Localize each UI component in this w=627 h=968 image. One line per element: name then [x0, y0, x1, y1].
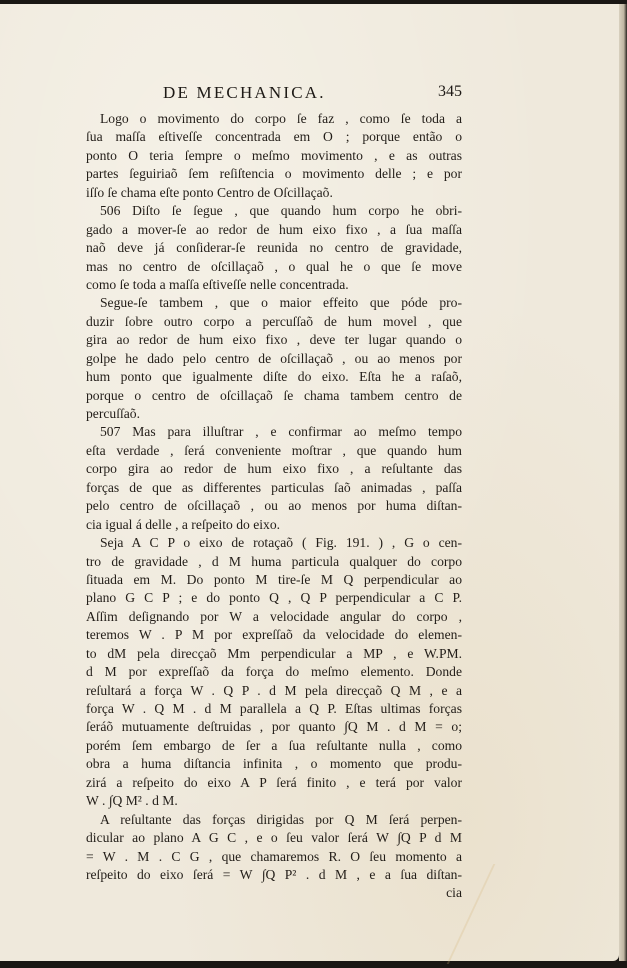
text-line: Seja A C P o eixo de rotaçaõ ( Fig. 191.…: [86, 534, 462, 552]
text-line: golpe he dado pelo centro de oſcillaçaõ …: [86, 350, 462, 368]
text-line: A reſultante das forças dirigidas por Q …: [86, 811, 462, 829]
text-line: pelo centro de oſcillaçaõ , ou ao menos …: [86, 497, 462, 515]
text-line: reſultará a força W . Q P . d M pela dir…: [86, 682, 462, 700]
text-line: ſeráõ mutuamente deſtruidas , por quanto…: [86, 718, 462, 736]
text-line: 507 Mas para illuſtrar , e confirmar ao …: [86, 423, 462, 441]
text-line: cia igual á delle , a reſpeito do eixo.: [86, 516, 462, 534]
text-line: plano G C P ; e do ponto Q , Q P perpend…: [86, 589, 462, 607]
text-line: d M por expreſſaõ da força do meſmo elem…: [86, 663, 462, 681]
text-line: porém ſem embargo de ſer a ſua reſultant…: [86, 737, 462, 755]
text-line: Aſſim deſignando por W a velocidade angu…: [86, 608, 462, 626]
text-line: Segue-ſe tambem , que o maior effeito qu…: [86, 294, 462, 312]
text-line: W . ∫Q M² . d M.: [86, 792, 462, 810]
text-line: cia: [86, 884, 462, 902]
text-line: ſua maſſa eſtiveſſe concentrada em O ; p…: [86, 128, 462, 146]
text-line: dicular ao plano A G C , e o ſeu valor ſ…: [86, 829, 462, 847]
text-line: to dM pela direcçaõ Mm perpendicular a M…: [86, 645, 462, 663]
text-line: partes ſeguiriaõ ſem reſiſtencia o movim…: [86, 165, 462, 183]
text-line: = W . M . C G , que chamaremos R. O ſeu …: [86, 848, 462, 866]
text-line: mas no centro de oſcillaçaõ , o qual he …: [86, 258, 462, 276]
text-line: Logo o movimento do corpo ſe faz , como …: [86, 110, 462, 128]
text-line: corpo gira ao redor de hum eixo fixo , a…: [86, 460, 462, 478]
paper-stain: [447, 864, 606, 964]
text-line: tro de gravidade , d M huma particula qu…: [86, 553, 462, 571]
text-line: ſituada em M. Do ponto M tire-ſe M Q per…: [86, 571, 462, 589]
page-header: DE MECHANICA. 345: [86, 83, 462, 105]
text-line: percuſſaõ.: [86, 405, 462, 423]
text-line: 506 Diſto ſe ſegue , que quando hum corp…: [86, 202, 462, 220]
text-line: como ſe toda a maſſa eſtiveſſe nelle con…: [86, 276, 462, 294]
text-line: eſta verdade , ſerá conveniente moſtrar …: [86, 442, 462, 460]
text-line: porque o centro de oſcillaçaõ ſe chama t…: [86, 387, 462, 405]
text-line: obra a huma diſtancia infinita , o momen…: [86, 755, 462, 773]
text-line: ponto O teria ſempre o meſmo movimento ,…: [86, 147, 462, 165]
text-line: hum ponto que igualmente diſte do eixo. …: [86, 368, 462, 386]
text-line: duzir ſobre outro corpo a percuſſaõ de h…: [86, 313, 462, 331]
text-line: iſſo ſe chama eſte ponto Centro de Oſcil…: [86, 184, 462, 202]
text-line: força W . Q M . d M parallela a Q P. Eſt…: [86, 700, 462, 718]
book-page: DE MECHANICA. 345 Logo o movimento do co…: [0, 4, 619, 961]
page-number: 345: [438, 83, 462, 101]
body-text: Logo o movimento do corpo ſe faz , como …: [86, 110, 462, 903]
text-line: zirá a reſpeito do eixo A P ſerá finito …: [86, 774, 462, 792]
text-line: forças de que as differentes particulas …: [86, 479, 462, 497]
running-head: DE MECHANICA.: [163, 83, 326, 103]
page-edge: [619, 4, 627, 961]
text-line: teremos W . P M por expreſſaõ da velocid…: [86, 626, 462, 644]
text-line: gira ao redor de hum eixo fixo , deve te…: [86, 331, 462, 349]
text-line: gado a mover-ſe ao redor de hum eixo fix…: [86, 221, 462, 239]
text-line: reſpeito do eixo ſerá = W ∫Q P² . d M , …: [86, 866, 462, 884]
text-line: naõ deve já conſiderar-ſe reunida no cen…: [86, 239, 462, 257]
